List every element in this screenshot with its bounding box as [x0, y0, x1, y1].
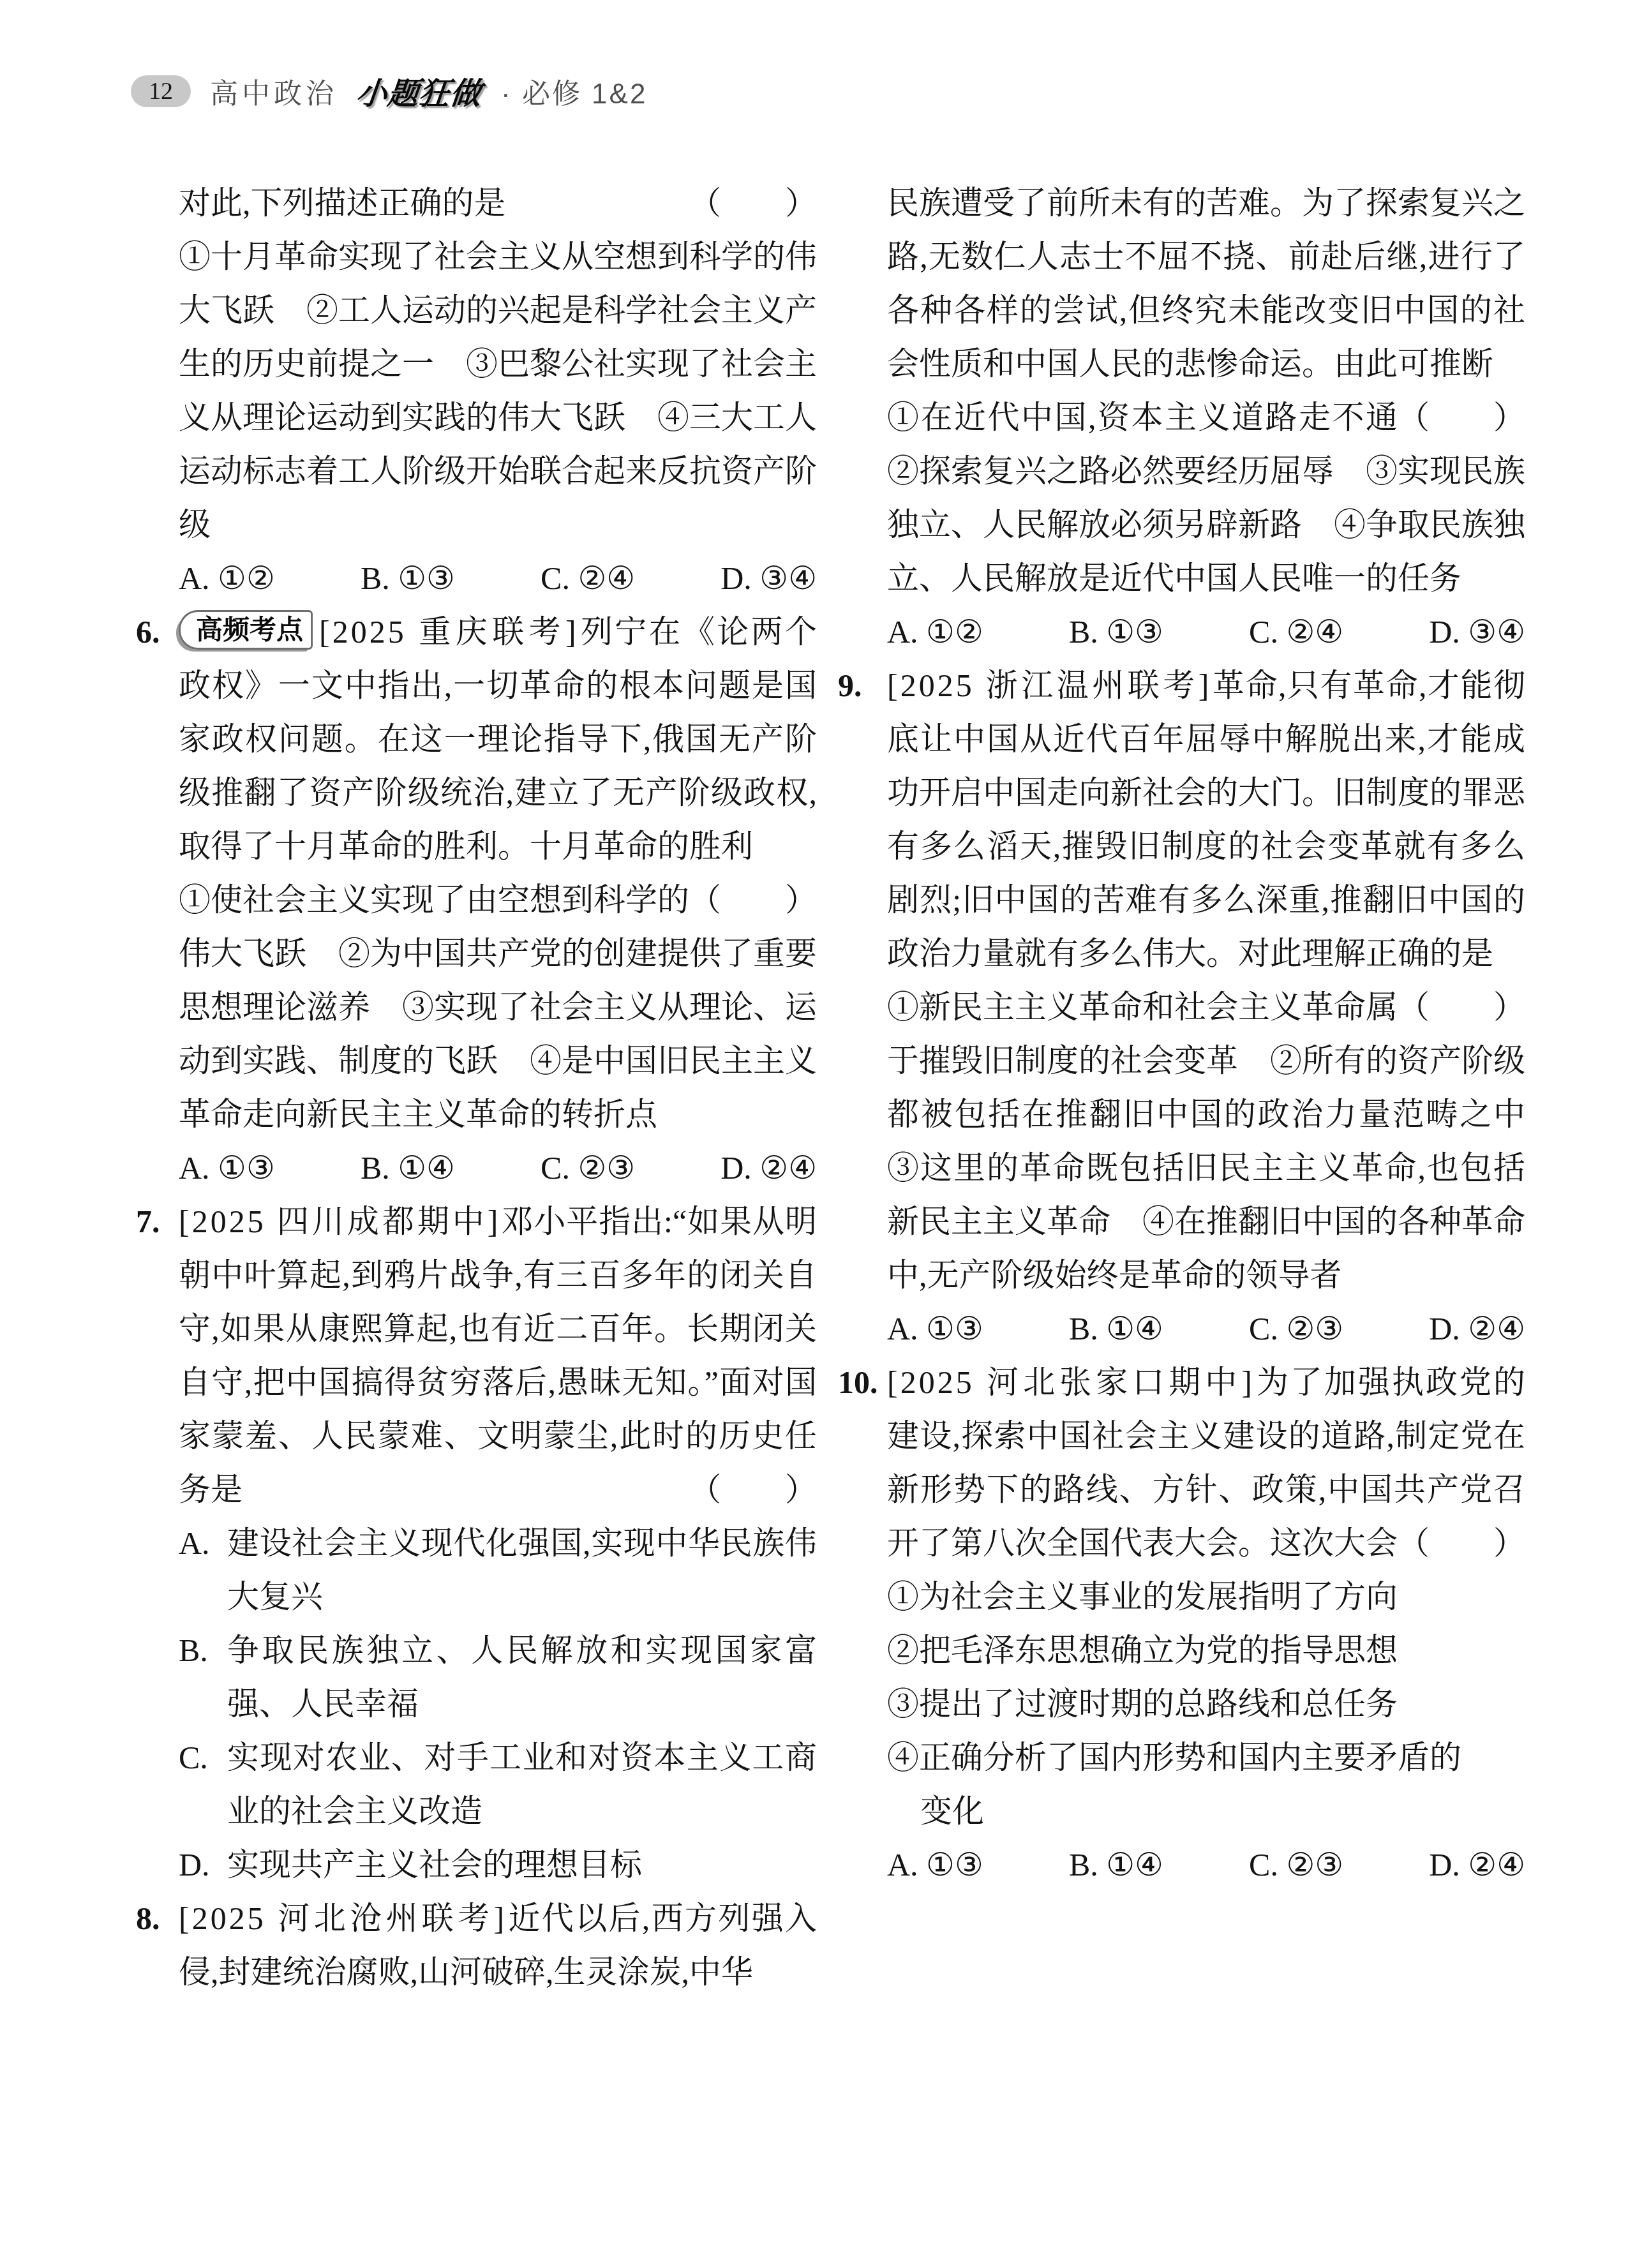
right-column: 民族遭受了前所未有的苦难。为了探索复兴之路,无数仁人志士不屈不挠、前赴后继,进行… — [838, 176, 1525, 1891]
option-label: D. — [721, 560, 752, 596]
option-b: B. ①③ — [361, 551, 455, 605]
option-b: B. ①④ — [361, 1141, 455, 1195]
question-item-line: ③提出了过渡时期的总路线和总任务 — [887, 1677, 1525, 1731]
question-stem-para: 高频考点[2025 重庆联考]列宁在《论两个政权》一文中指出,一切革命的根本问题… — [179, 605, 817, 873]
option-label: B. — [1069, 1847, 1098, 1883]
answer-bracket: （ ） — [689, 1463, 817, 1516]
choice-b: B.争取民族独立、人民解放和实现国家富强、人民幸福 — [179, 1623, 817, 1731]
option-c: C. ②④ — [541, 551, 635, 605]
option-a: A. ①② — [887, 605, 983, 659]
option-label: A. — [887, 614, 918, 650]
answer-bracket: （ ） — [1398, 1516, 1525, 1570]
answer-bracket: （ ） — [689, 873, 817, 927]
option-label: A. — [887, 1847, 918, 1883]
option-label: C. — [1249, 614, 1278, 650]
question-stem-para: [2025 河北沧州联考]近代以后,西方列强入侵,封建统治腐败,山河破碎,生灵涂… — [179, 1891, 817, 1999]
option-label: B. — [361, 560, 390, 596]
option-label: C. — [541, 560, 570, 596]
question-stem-para: [2025 河北张家口期中]为了加强执政党的建设,探索中国社会主义建设的道路,制… — [887, 1355, 1525, 1570]
choice-c: C.实现对农业、对手工业和对资本主义工商业的社会主义改造 — [179, 1731, 817, 1838]
option-d: D. ③④ — [1429, 605, 1525, 659]
choice-d: D.实现共产主义社会的理想目标 — [179, 1838, 817, 1891]
question-stem-para: [2025 四川成都期中]邓小平指出:“如果从明朝中叶算起,到鸦片战争,有三百多… — [179, 1195, 817, 1516]
answer-bracket: （ ） — [1398, 980, 1525, 1034]
answer-bracket: （ ） — [689, 176, 817, 230]
option-value: ①④ — [1106, 1311, 1163, 1347]
question-9: 9. [2025 浙江温州联考]革命,只有革命,才能彻底让中国从近代百年屈辱中解… — [838, 659, 1525, 1355]
question-source: [2025 四川成都期中] — [179, 1204, 500, 1239]
option-label: D. — [721, 1150, 752, 1186]
header-edition: · 必修 1&2 — [501, 71, 647, 112]
option-value: ②③ — [1286, 1311, 1343, 1347]
header-subject: 高中政治 — [210, 71, 338, 112]
question-5-continuation: 对此,下列描述正确的是（ ） ①十月革命实现了社会主义从空想到科学的伟大飞跃 ②… — [136, 176, 817, 605]
option-value: ②④ — [759, 1150, 817, 1186]
question-item-line-continuation: 变化 — [887, 1784, 1525, 1838]
option-c: C. ②③ — [541, 1141, 635, 1195]
options-row: A. ①② B. ①③ C. ②④ D. ③④ — [887, 605, 1525, 659]
question-source: [2025 重庆联考] — [319, 614, 579, 650]
question-number: 9. — [838, 659, 862, 712]
option-label: C. — [1249, 1847, 1278, 1883]
question-item-line: ②把毛泽东思想确立为党的指导思想 — [887, 1623, 1525, 1677]
option-value: ①② — [926, 614, 983, 650]
option-a: A. ①③ — [887, 1302, 983, 1355]
option-d: D. ②④ — [721, 1141, 817, 1195]
option-value: ②④ — [1468, 1311, 1525, 1347]
option-value: ①③ — [218, 1150, 275, 1186]
option-c: C. ②③ — [1249, 1302, 1343, 1355]
option-value: ③④ — [1468, 614, 1525, 650]
question-items: ①十月革命实现了社会主义从空想到科学的伟大飞跃 ②工人运动的兴起是科学社会主义产… — [179, 230, 817, 551]
option-label: B. — [361, 1150, 390, 1186]
option-value: ①③ — [1106, 614, 1163, 650]
question-item-line: ④正确分析了国内形势和国内主要矛盾的 — [887, 1731, 1525, 1784]
question-item-line: ①为社会主义事业的发展指明了方向 — [887, 1570, 1525, 1623]
option-a: A. ①③ — [179, 1141, 275, 1195]
options-row: A. ①③ B. ①④ C. ②③ D. ②④ — [887, 1302, 1525, 1355]
question-stem: 邓小平指出:“如果从明朝中叶算起,到鸦片战争,有三百多年的闭关自守,如果从康熙算… — [179, 1204, 817, 1507]
option-a: A. ①② — [179, 551, 275, 605]
option-label: B. — [1069, 614, 1098, 650]
option-c: C. ②③ — [1249, 1838, 1343, 1891]
question-number: 7. — [136, 1195, 160, 1248]
option-b: B. ①④ — [1069, 1302, 1163, 1355]
option-c: C. ②④ — [1249, 605, 1343, 659]
question-source: [2025 浙江温州联考] — [887, 668, 1211, 703]
question-stem: 列宁在《论两个政权》一文中指出,一切革命的根本问题是国家政权问题。在这一理论指导… — [179, 614, 817, 864]
option-value: ②③ — [578, 1150, 635, 1186]
question-stem-line: 对此,下列描述正确的是（ ） — [179, 176, 817, 230]
question-8-continuation: 民族遭受了前所未有的苦难。为了探索复兴之路,无数仁人志士不屈不挠、前赴后继,进行… — [838, 176, 1525, 659]
question-stem: 对此,下列描述正确的是 — [179, 185, 506, 221]
option-value: ③④ — [759, 560, 817, 596]
question-source: [2025 河北沧州联考] — [179, 1900, 507, 1936]
choice-a: A.建设社会主义现代化强国,实现中华民族伟大复兴 — [179, 1516, 817, 1623]
question-8: 8. [2025 河北沧州联考]近代以后,西方列强入侵,封建统治腐败,山河破碎,… — [136, 1891, 817, 1999]
option-value: ②④ — [1468, 1847, 1525, 1883]
choice-label: B. — [179, 1623, 208, 1677]
question-stem-para: 民族遭受了前所未有的苦难。为了探索复兴之路,无数仁人志士不屈不挠、前赴后继,进行… — [887, 176, 1525, 391]
option-value: ②④ — [578, 560, 635, 596]
option-d: D. ②④ — [1429, 1838, 1525, 1891]
options-row: A. ①③ B. ①④ C. ②③ D. ②④ — [179, 1141, 817, 1195]
option-label: C. — [541, 1150, 570, 1186]
option-d: D. ②④ — [1429, 1302, 1525, 1355]
choice-text: 争取民族独立、人民解放和实现国家富强、人民幸福 — [227, 1632, 817, 1722]
option-value: ②④ — [1286, 614, 1343, 650]
option-value: ①② — [218, 560, 275, 596]
question-source: [2025 河北张家口期中] — [887, 1364, 1255, 1400]
high-frequency-badge: 高频考点 — [179, 610, 313, 650]
left-column: 对此,下列描述正确的是（ ） ①十月革命实现了社会主义从空想到科学的伟大飞跃 ②… — [136, 176, 817, 1999]
question-number: 8. — [136, 1891, 160, 1945]
option-value: ①③ — [926, 1847, 983, 1883]
option-label: D. — [1429, 614, 1460, 650]
question-stem: 民族遭受了前所未有的苦难。为了探索复兴之路,无数仁人志士不屈不挠、前赴后继,进行… — [887, 185, 1525, 382]
options-row: A. ①③ B. ①④ C. ②③ D. ②④ — [887, 1838, 1525, 1891]
option-value: ①③ — [926, 1311, 983, 1347]
option-label: B. — [1069, 1311, 1098, 1347]
options-row: A. ①② B. ①③ C. ②④ D. ③④ — [179, 551, 817, 605]
option-b: B. ①④ — [1069, 1838, 1163, 1891]
brand-logo: 小题狂做 — [354, 69, 484, 113]
question-stem: 革命,只有革命,才能彻底让中国从近代百年屈辱中解脱出来,才能成功开启中国走向新社… — [887, 668, 1525, 971]
question-number: 6. — [136, 605, 160, 659]
choice-text: 实现共产主义社会的理想目标 — [227, 1847, 642, 1883]
question-7: 7. [2025 四川成都期中]邓小平指出:“如果从明朝中叶算起,到鸦片战争,有… — [136, 1195, 817, 1891]
question-6: 6. 高频考点[2025 重庆联考]列宁在《论两个政权》一文中指出,一切革命的根… — [136, 605, 817, 1195]
option-value: ②③ — [1286, 1847, 1343, 1883]
option-label: C. — [1249, 1311, 1278, 1347]
question-10: 10. [2025 河北张家口期中]为了加强执政党的建设,探索中国社会主义建设的… — [838, 1355, 1525, 1891]
option-value: ①④ — [398, 1150, 455, 1186]
choice-text: 实现对农业、对手工业和对资本主义工商业的社会主义改造 — [227, 1740, 817, 1829]
choice-label: A. — [179, 1516, 210, 1570]
option-d: D. ③④ — [721, 551, 817, 605]
option-b: B. ①③ — [1069, 605, 1163, 659]
option-a: A. ①③ — [887, 1838, 983, 1891]
page-header: 12 高中政治 小题狂做 · 必修 1&2 — [131, 69, 647, 113]
option-label: D. — [1429, 1311, 1460, 1347]
page-number-badge: 12 — [131, 75, 191, 107]
question-stem-para: [2025 浙江温州联考]革命,只有革命,才能彻底让中国从近代百年屈辱中解脱出来… — [887, 659, 1525, 980]
option-label: A. — [179, 1150, 210, 1186]
choice-label: D. — [179, 1838, 210, 1891]
question-number: 10. — [838, 1355, 878, 1409]
choice-text: 建设社会主义现代化强国,实现中华民族伟大复兴 — [227, 1525, 817, 1615]
option-label: D. — [1429, 1847, 1460, 1883]
choice-label: C. — [179, 1731, 208, 1784]
workbook-page: 12 高中政治 小题狂做 · 必修 1&2 对此,下列描述正确的是（ ） ①十月… — [0, 0, 1628, 2268]
option-value: ①④ — [1106, 1847, 1163, 1883]
option-label: A. — [887, 1311, 918, 1347]
option-value: ①③ — [398, 560, 455, 596]
option-label: A. — [179, 560, 210, 596]
